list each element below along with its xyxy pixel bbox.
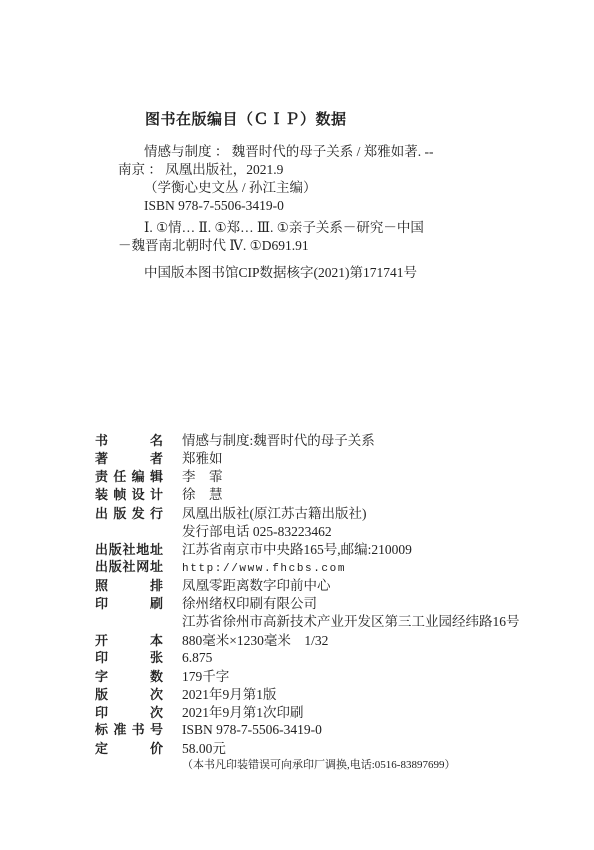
colophon-row-label: 书名 bbox=[95, 430, 163, 449]
colophon-row-label: 印次 bbox=[95, 702, 163, 721]
label-char: 排 bbox=[150, 575, 163, 594]
colophon-row-value: 李 霏 bbox=[182, 465, 223, 485]
colophon-table: 书名情感与制度:魏晋时代的母子关系著者郑雅如责任编辑李 霏装帧设计徐 慧出版发行… bbox=[95, 429, 565, 774]
label-char: 出 bbox=[95, 503, 108, 522]
cip-entry-paragraph: 情感与制度 ： 魏晋时代的母子关系 / 郑雅如著. --南京 ： 凤凰出版社，2… bbox=[118, 143, 434, 215]
colophon-row-label: 责任编辑 bbox=[95, 466, 163, 485]
colophon-row: 著者郑雅如 bbox=[95, 447, 565, 465]
label-char: 定 bbox=[95, 738, 108, 757]
colophon-row: 标准书号ISBN 978-7-5506-3419-0 bbox=[95, 719, 565, 737]
cip-line: －魏晋南北朝时代 Ⅳ. ①D691.91 bbox=[118, 237, 424, 255]
cip-line: （学衡心史文丛 / 孙江主编） bbox=[118, 179, 434, 197]
label-char: 址 bbox=[150, 539, 163, 558]
colophon-row-value: 江苏省徐州市高新技术产业开发区第三工业园经纬路16号 bbox=[182, 610, 520, 630]
label-char: 次 bbox=[150, 702, 163, 721]
colophon-row: 照排凤凰零距离数字印前中心 bbox=[95, 574, 565, 592]
colophon-row-value: 2021年9月第1版 bbox=[182, 683, 277, 703]
label-char: 版 bbox=[109, 556, 122, 575]
label-char: 次 bbox=[150, 684, 163, 703]
colophon-row: 江苏省徐州市高新技术产业开发区第三工业园经纬路16号 bbox=[95, 610, 565, 628]
colophon-row: 发行部电话 025-83223462 bbox=[95, 520, 565, 538]
colophon-row-label: 标准书号 bbox=[95, 719, 163, 738]
label-char: 照 bbox=[95, 575, 108, 594]
label-char: 出 bbox=[95, 539, 108, 558]
label-char: 刷 bbox=[150, 593, 163, 612]
colophon-row-value: ISBN 978-7-5506-3419-0 bbox=[182, 722, 322, 738]
colophon-row: （本书凡印装错误可向承印厂调换,电话:0516-83897699） bbox=[95, 756, 565, 774]
label-char: 者 bbox=[150, 448, 163, 467]
cip-heading: 图书在版编目（ＣＩＰ）数据 bbox=[145, 108, 347, 129]
label-char: 书 bbox=[95, 430, 108, 449]
label-char: 计 bbox=[150, 484, 163, 503]
colophon-row: 装帧设计徐 慧 bbox=[95, 483, 565, 501]
colophon-row-label: 字数 bbox=[95, 666, 163, 685]
colophon-row-label: 印张 bbox=[95, 647, 163, 666]
label-char: 网 bbox=[136, 556, 149, 575]
label-char: 书 bbox=[132, 719, 145, 738]
colophon-row: 定价58.00元 bbox=[95, 737, 565, 755]
colophon-row: 印刷徐州绪权印刷有限公司 bbox=[95, 592, 565, 610]
colophon-row-label: 装帧设计 bbox=[95, 484, 163, 503]
colophon-row-value: 2021年9月第1次印刷 bbox=[182, 701, 304, 721]
label-char: 帧 bbox=[113, 484, 126, 503]
label-char: 社 bbox=[122, 539, 135, 558]
cip-classification-paragraph: Ⅰ. ①情… Ⅱ. ①郑… Ⅲ. ①亲子关系－研究－中国－魏晋南北朝时代 Ⅳ. … bbox=[118, 219, 424, 255]
label-char: 著 bbox=[95, 448, 108, 467]
label-char: 责 bbox=[95, 466, 108, 485]
label-char: 开 bbox=[95, 630, 108, 649]
colophon-row-value: 发行部电话 025-83223462 bbox=[182, 520, 332, 540]
cip-line: 南京 ： 凤凰出版社，2021.9 bbox=[118, 161, 434, 179]
colophon-row: 版次2021年9月第1版 bbox=[95, 683, 565, 701]
colophon-row-label: 出版社网址 bbox=[95, 556, 163, 575]
label-char: 地 bbox=[136, 539, 149, 558]
colophon-row-label: 出版社地址 bbox=[95, 539, 163, 558]
colophon-row-value: 徐州绪权印刷有限公司 bbox=[182, 592, 317, 612]
colophon-row-label: 版次 bbox=[95, 684, 163, 703]
colophon-row-label: 印刷 bbox=[95, 593, 163, 612]
colophon-row-value: 880毫米×1230毫米 1/32 bbox=[182, 629, 328, 649]
colophon-row-label: 开本 bbox=[95, 630, 163, 649]
colophon-row-value: 58.00元 bbox=[182, 737, 226, 757]
label-char: 印 bbox=[95, 702, 108, 721]
colophon-row-value: 江苏省南京市中央路165号,邮编:210009 bbox=[182, 538, 412, 558]
colophon-row-value: 徐 慧 bbox=[182, 483, 223, 503]
label-char: 标 bbox=[95, 719, 108, 738]
colophon-row-label: 出版发行 bbox=[95, 503, 163, 522]
label-char: 版 bbox=[109, 539, 122, 558]
cip-line: Ⅰ. ①情… Ⅱ. ①郑… Ⅲ. ①亲子关系－研究－中国 bbox=[118, 219, 424, 237]
label-char: 辑 bbox=[150, 466, 163, 485]
label-char: 编 bbox=[132, 466, 145, 485]
label-char: 张 bbox=[150, 647, 163, 666]
label-char: 任 bbox=[113, 466, 126, 485]
label-char: 印 bbox=[95, 593, 108, 612]
colophon-row: 责任编辑李 霏 bbox=[95, 465, 565, 483]
colophon-row-value: 郑雅如 bbox=[182, 447, 223, 467]
colophon-row: 出版发行凤凰出版社(原江苏古籍出版社) bbox=[95, 502, 565, 520]
colophon-row-value: 6.875 bbox=[182, 650, 212, 666]
colophon-row: 出版社地址江苏省南京市中央路165号,邮编:210009 bbox=[95, 538, 565, 556]
label-char: 装 bbox=[95, 484, 108, 503]
label-char: 准 bbox=[113, 719, 126, 738]
colophon-row: 印次2021年9月第1次印刷 bbox=[95, 701, 565, 719]
label-char: 字 bbox=[95, 666, 108, 685]
label-char: 设 bbox=[132, 484, 145, 503]
colophon-row-value: （本书凡印装错误可向承印厂调换,电话:0516-83897699） bbox=[182, 756, 455, 772]
label-char: 行 bbox=[150, 503, 163, 522]
label-char: 名 bbox=[150, 430, 163, 449]
colophon-row: 开本880毫米×1230毫米 1/32 bbox=[95, 629, 565, 647]
colophon-row-value: 情感与制度:魏晋时代的母子关系 bbox=[182, 429, 375, 449]
label-char: 出 bbox=[95, 556, 108, 575]
label-char: 发 bbox=[132, 503, 145, 522]
label-char: 价 bbox=[150, 738, 163, 757]
copyright-page: 图书在版编目（ＣＩＰ）数据 情感与制度 ： 魏晋时代的母子关系 / 郑雅如著. … bbox=[0, 0, 594, 850]
colophon-row-value: 179千字 bbox=[182, 665, 229, 685]
label-char: 社 bbox=[122, 556, 135, 575]
cip-line: 情感与制度 ： 魏晋时代的母子关系 / 郑雅如著. -- bbox=[118, 143, 434, 161]
colophon-row: 出版社网址http://www.fhcbs.com bbox=[95, 556, 565, 574]
label-char: 印 bbox=[95, 647, 108, 666]
cip-line: ISBN 978-7-5506-3419-0 bbox=[118, 197, 434, 215]
colophon-row: 书名情感与制度:魏晋时代的母子关系 bbox=[95, 429, 565, 447]
cip-line: 中国版本图书馆CIP数据核字(2021)第171741号 bbox=[118, 264, 417, 282]
label-char: 版 bbox=[95, 684, 108, 703]
label-char: 号 bbox=[150, 719, 163, 738]
colophon-row-value: 凤凰零距离数字印前中心 bbox=[182, 574, 331, 594]
cip-record-number: 中国版本图书馆CIP数据核字(2021)第171741号 bbox=[118, 264, 417, 282]
label-char: 址 bbox=[150, 556, 163, 575]
colophon-row-label: 照排 bbox=[95, 575, 163, 594]
colophon-row-value: 凤凰出版社(原江苏古籍出版社) bbox=[182, 502, 367, 522]
label-char: 数 bbox=[150, 666, 163, 685]
label-char: 本 bbox=[150, 630, 163, 649]
colophon-row-label: 著者 bbox=[95, 448, 163, 467]
colophon-row-label: 定价 bbox=[95, 738, 163, 757]
label-char: 版 bbox=[113, 503, 126, 522]
colophon-row: 印张6.875 bbox=[95, 647, 565, 665]
colophon-row: 字数179千字 bbox=[95, 665, 565, 683]
